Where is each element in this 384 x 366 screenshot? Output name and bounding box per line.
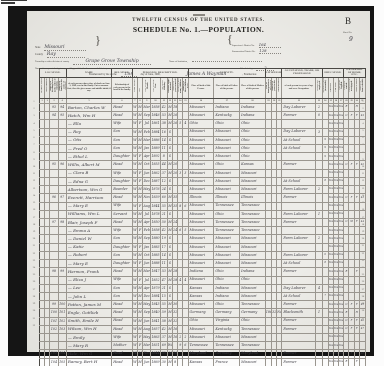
cell-farm_schedule_no: 48 [359,350,365,358]
cell-age: 15 [160,292,167,300]
cell-name: — Fred O [66,145,111,153]
cell-pob_father: Indiana [214,284,240,292]
line-number: 23 [30,257,38,264]
cell-occupation: Farm Laborer [282,235,316,243]
cell-birth_year: 1878 [151,210,160,218]
cell-pob_father: Illinois [214,194,240,202]
sub-header-label: Date of birth: Year. [153,78,157,93]
cell-pob_person: Missouri [188,177,214,185]
cell-birth_year: 1886 [151,136,160,144]
cell-pob_mother: Maryland [240,350,266,358]
cell-family [58,120,66,128]
cell-pob_father: Indiana [214,103,240,111]
cell-pob_person: Germany [188,309,214,317]
cell-pob_person: Missouri [188,128,214,136]
cell-occupation: Farmer [282,350,316,358]
cell-relation: Head [112,112,133,120]
line-number: 19 [30,228,38,235]
sub-header-label: Number of dwelling house in the order of… [50,78,58,93]
cell-relation: Son [112,145,133,153]
sub-header-label: House number. [46,78,48,92]
cell-age: 53 [160,268,167,276]
cell-farm_schedule_no [359,334,365,342]
cell-occupation [282,153,316,161]
cell-dwelling: 101 [50,317,58,325]
cell-pob_person: Missouri [188,145,214,153]
cell-pob_person: Illinois [188,194,214,202]
cell-birth_year: 1831 [151,342,160,350]
cell-birth_month: May [143,301,151,309]
sub-header-cell: Attended school (in months). [322,77,328,98]
cell-occupation: Farm Laborer [282,251,316,259]
cell-pob_person: Missouri [188,202,214,210]
cell-occupation [282,202,316,210]
sheet-label: Sheet No. [343,32,352,35]
cell-birth_month: Jul [143,276,151,284]
cell-family [58,186,66,194]
cell-birth_year: 1892 [151,153,160,161]
cell-pob_father: Tennessee [214,342,240,350]
cell-occupation [282,227,316,235]
cell-birth_year: 1879 [151,284,160,292]
cell-dwelling [50,136,58,144]
cell-family [58,334,66,342]
cell-birth_year: 1839 [151,194,160,202]
line-number: 32 [30,322,38,329]
cell-birth_year: 1847 [151,268,160,276]
cell-occupation [282,342,316,350]
cell-name: Ramey, Bert H [66,358,111,366]
column-group-label: RELATION. [112,69,133,78]
cell-pob_mother: Tennessee [240,202,266,210]
cell-family: 101 [58,309,66,317]
sub-header-cell: Age at last birthday. [160,77,167,98]
cell-relation: Son [112,136,133,144]
cell-age: 37 [160,169,167,177]
line-number: 28 [30,293,38,300]
sub-header-label: Number of family in the order of visitat… [59,78,67,93]
cell-pob_person: Missouri [188,260,214,268]
cell-birth_year: 1845 [151,301,160,309]
cell-age: 44 [160,161,167,169]
column-group-label: LOCATION. [40,69,67,78]
cell-dwelling: 103 [50,350,58,358]
cell-birth_year: 1857 [151,325,160,333]
sub-header-cell: Relationship of each person to the head … [112,77,133,98]
table-row: — Mary RMotherWFMar183169Wd96TennesseeTe… [40,342,366,350]
cell-relation: Daughter [112,243,133,251]
cell-dwelling: 99 [50,301,58,309]
sub-header-cell: Can speak English. [339,77,344,98]
cell-birth_year: 1850 [151,218,160,226]
sub-header-label: Sex. [139,88,141,92]
cell-farm_schedule_no: 46 [359,317,365,325]
cell-occupation: At School [282,292,316,300]
cell-dwelling [50,169,58,177]
cell-birth_year: 1846 [151,112,160,120]
cell-dwelling [50,342,58,350]
cell-pob_father: Missouri [214,128,240,136]
sub-header-cell: Date of birth: Month. [143,77,151,98]
cell-occupation: At School [282,136,316,144]
cell-dwelling [50,186,58,194]
cell-pob_person: Missouri [188,161,214,169]
line-number: 1 [30,98,38,105]
cell-name: Hale, Wm G [66,350,111,358]
line-number: 30 [30,307,38,314]
table-row: 9394Barton, Charles WHeadWMMar185842M18M… [40,103,366,111]
sub-header-label: Owned free or mortgaged. [349,78,353,93]
cell-relation: Head [112,194,133,202]
census-title: TWELFTH CENSUS OF THE UNITED STATES. [27,18,370,23]
line-number: 6 [30,134,38,141]
cell-relation: Son [112,284,133,292]
cell-name: — Lee [66,284,111,292]
cell-birth_year: 1884 [151,292,160,300]
sub-header-cell: Whether single, married, widowed, or div… [167,77,172,98]
cell-farm_schedule_no: 42 [359,161,365,169]
cell-occupation: Day Laborer [282,103,316,111]
cell-pob_father: Germany [214,309,240,317]
table-row: — OtisSonWMMar188614SMissouriMissouriOhi… [40,136,366,144]
cell-name: — Mary R [66,342,111,350]
cell-age: 38 [160,120,167,128]
cell-family: 96 [58,161,66,169]
cell-family: 100 [58,301,66,309]
cell-relation: Wife [112,334,133,342]
cell-pob_mother: Tennessee [240,325,266,333]
cell-birth_month: Dec [143,292,151,300]
column-group-label: OWNERSHIP OF HOME, ETC. [344,69,366,78]
cell-family: 95 [58,112,66,120]
cell-age: 16 [160,128,167,136]
table-row: — KatieDaughterWFJan188317SMissouriMisso… [40,243,366,251]
cell-dwelling [50,145,58,153]
cell-pob_person: Ohio [188,317,214,325]
cell-relation: Head [112,268,133,276]
cell-pob_mother: Missouri [240,177,266,185]
line-number: 7 [30,141,38,148]
table-row: — Emma AWifeWFFeb185842M2465MissouriTenn… [40,227,366,235]
cell-occupation: Farm Laborer [282,186,316,194]
sub-header-label: Place of birth of Father of this person. [214,85,239,91]
cell-pob_father: Missouri [214,235,240,243]
cell-name: — Mary E [66,260,111,268]
cell-age: 14 [160,251,167,259]
cell-pob_father: Virginia [214,317,240,325]
cell-farm_schedule_no: 45 [359,301,365,309]
cell-pob_mother: Illinois [240,194,266,202]
cell-farm_schedule_no [359,136,365,144]
cell-pob_person: Missouri [188,103,214,111]
cell-farm_schedule_no [359,292,365,300]
cell-birth_year: 1888 [151,260,160,268]
cell-pob_mother: Missouri [240,169,266,177]
cell-age: 69 [160,342,167,350]
cell-farm_schedule_no [359,358,365,366]
cell-pob_mother: Indiana [240,103,266,111]
cell-farm_schedule_no [359,169,365,177]
cell-age: 58 [160,317,167,325]
cell-relation: Head [112,218,133,226]
cell-name: Smith, Emile H [66,317,111,325]
cell-pob_father: Ohio [214,120,240,128]
cell-family [58,284,66,292]
table-row: 9899Harmon, FrankHeadWMMar184753M28India… [40,268,366,276]
cell-birth_year: 1876 [151,186,160,194]
line-number: 21 [30,242,38,249]
cell-name: — Katie [66,243,111,251]
cell-birth_month: Jul [143,120,151,128]
cell-dwelling [50,251,58,259]
cell-relation: Head [112,309,133,317]
cell-birth_month: Apr [143,284,151,292]
sub-header-label: Relationship of each person to the head … [112,84,132,93]
sub-header-label: Place of birth of Mother of this person. [240,85,265,91]
cell-family [58,227,66,235]
sub-header-label: In cities: Street. [41,78,43,93]
sub-header-cell: Date of birth: Year. [151,77,160,98]
cell-birth_month: Apr [143,153,151,161]
table-row: — Eliza JWifeWFJul185247M2844MissouriOhi… [40,276,366,284]
cell-family [58,260,66,268]
sub-header-label: Attended school (in months). [323,78,327,93]
cell-birth_month: Mar [143,268,151,276]
cell-farm_schedule_no [359,153,365,161]
cell-occupation: Farmer [282,358,316,366]
table-row: 103104Hale, Wm GHeadWMNov184455M29Maryla… [40,350,366,358]
sub-header-cell: Number of years in the United States. [272,77,277,98]
cell-birth_month: Jun [143,260,151,268]
cell-birth_year: 1863 [151,334,160,342]
cell-farm_schedule_no [359,276,365,284]
cell-pob_father: Ohio [214,268,240,276]
table-row: — LeeSonWMApr187921SKansasIndianaMissour… [40,284,366,292]
cell-age: 8 [160,153,167,161]
cell-pob_father: France [214,358,240,366]
cell-name: — Emma A [66,227,111,235]
district-brace: } [227,32,233,47]
cell-birth_month: Nov [143,350,151,358]
cell-name: Engle, Gottlieb [66,309,111,317]
cell-pob_father: Ohio [214,301,240,309]
cell-occupation: Farmer [282,325,316,333]
cell-family: 99 [58,268,66,276]
cell-pob_mother: Indiana [240,112,266,120]
cell-birth_month: Oct [143,161,151,169]
cell-name: Barton, Charles W [66,103,111,111]
sub-header-label: Can read. [330,83,332,92]
sub-header-label: Age at last birthday. [162,78,166,93]
sub-header-cell: Year of immigration to the United States… [265,77,271,98]
cell-pob_person: Missouri [188,186,214,194]
cell-family: 102 [58,317,66,325]
sub-header-label: Number of these children living. [183,78,188,93]
cell-family [58,210,66,218]
cell-farm_schedule_no [359,268,365,276]
sub-header-label: Can write. [335,82,337,92]
cell-name: Blair, Joseph F [66,218,111,226]
sub-header-label: Color or race. [134,79,136,92]
cell-age: 42 [160,227,167,235]
table-row: 101102Smith, Emile HHeadWMJun184158M32Oh… [40,317,366,325]
sub-header-cell: Owned free or mortgaged. [349,77,354,98]
cell-birth_year: 1880 [151,235,160,243]
cell-occupation [282,120,316,128]
cell-name: Williams, Wm L [66,210,111,218]
sub-header-label: Year of immigration to the United States… [266,78,272,93]
sub-header-label: of each person whose place of abode on J… [67,82,111,93]
cell-pob_mother: Tennessee [240,301,266,309]
line-number: 12 [30,177,38,184]
cell-farm_schedule_no: 47 [359,325,365,333]
sub-header-label: Number of farm schedule. [360,78,364,93]
cell-pob_mother: Ohio [240,276,266,284]
column-group-label: EDUCATION. [322,69,344,78]
cell-relation: Daughter [112,153,133,161]
cell-pob_person: Missouri [188,243,214,251]
cell-family [58,128,66,136]
cell-pob_person: Kansas [188,292,214,300]
line-number: 10 [30,163,38,170]
cell-relation: Wife [112,120,133,128]
cell-dwelling [50,235,58,243]
cell-farm_schedule_no [359,235,365,243]
cell-name: — Roy [66,128,111,136]
cell-dwelling: 93 [50,103,58,111]
line-number: 8 [30,149,38,156]
sub-header-cell: Number of family in the order of visitat… [58,77,66,98]
line-number: 18 [30,221,38,228]
cell-pob_mother: Missouri [240,186,266,194]
cell-family: 104 [58,350,66,358]
sub-header-cell: Mother of how many children. [178,77,183,98]
cell-age: 37 [160,334,167,342]
line-number: 4 [30,120,38,127]
sub-header-label: of each person ten years of age and over… [282,85,315,91]
cell-dwelling [50,227,58,235]
left-line-numbers: 1234567891011121314151617181920212223242… [30,98,38,329]
cell-family [58,169,66,177]
cell-farm_schedule_no [359,103,365,111]
census-table: LOCATION.NAMERELATION.PERSONAL DESCRIPTI… [39,68,366,366]
line-number: 9 [30,156,38,163]
table-row: 9697Everett, HarrisonHeadWMNov183960M35I… [40,194,366,202]
sub-header-label: Date of birth: Month. [145,78,149,93]
cell-birth_month: Mar [143,342,151,350]
cell-pob_person: Kansas [188,358,214,366]
cell-birth_month: Mar [143,103,151,111]
cell-name: Hatch, Wm H [66,112,111,120]
cell-relation: Son [112,128,133,136]
cell-occupation: Farmer [282,112,316,120]
line-number: 5 [30,127,38,134]
sub-header-cell: of each person whose place of abode on J… [66,77,111,98]
cell-birth_year: 1889 [151,145,160,153]
table-row: Albertson, Wm GBoarderWMMay187624SMissou… [40,186,366,194]
cell-birth_year: 1858 [151,103,160,111]
cell-pob_father: Ohio [214,276,240,284]
cell-farm_schedule_no [359,177,365,185]
cell-name: — Ethel L [66,153,111,161]
cell-birth_month: Mar [143,136,151,144]
cell-pob_father: Kentucky [214,112,240,120]
cell-dwelling [50,260,58,268]
cell-family: 97 [58,194,66,202]
sub-header-label: Mother of how many children. [178,78,182,93]
cell-name: — Robert [66,251,111,259]
cell-dwelling: 100 [50,309,58,317]
cell-age: 47 [160,276,167,284]
cell-age: 12 [160,177,167,185]
cell-farm_schedule_no [359,128,365,136]
cell-name: Willis, Albert M [66,161,111,169]
cell-family [58,276,66,284]
form-number-mark [193,14,205,16]
cell-age: 42 [160,103,167,111]
cell-pob_mother: Ohio [240,120,266,128]
line-number: 22 [30,250,38,257]
cell-pob_mother: Missouri [240,235,266,243]
table-row: — EllaWifeWFJul186138M2654OhioOhioOhioYe… [40,120,366,128]
cell-dwelling [50,177,58,185]
table-row: — EmilyWifeWFMay186337M1622MissouriMisso… [40,334,366,342]
line-number: 24 [30,264,38,271]
cell-pob_father: Indiana [214,292,240,300]
cell-relation: Mother [112,342,133,350]
cell-pob_mother: Missouri [240,284,266,292]
cell-occupation: At School [282,177,316,185]
cell-birth_year: 1841 [151,317,160,325]
cell-occupation: Farm Laborer [282,210,316,218]
cell-family [58,145,66,153]
cell-pob_father: Missouri [214,177,240,185]
cell-family: 98 [58,218,66,226]
cell-relation: Boarder [112,186,133,194]
line-number: 15 [30,199,38,206]
cell-relation: Wife [112,202,133,210]
cell-pob_person: Missouri [188,112,214,120]
sub-header-cell: Number of farm schedule. [359,77,365,98]
cell-farm_schedule_no: 44 [359,218,365,226]
scanned-census-page: { "page": { "corner_letter": "B", "censu… [0,0,384,366]
cell-occupation: At School [282,145,316,153]
cell-occupation [282,169,316,177]
cell-pob_mother: Tennessee [240,342,266,350]
cell-age: 60 [160,194,167,202]
table-row: 99100Patton, James MHeadWMMay184555M30Mi… [40,301,366,309]
cell-pob_person: Missouri [188,218,214,226]
cell-family [58,243,66,251]
cell-pob_person: Maryland [188,350,214,358]
cell-family: 105 [58,358,66,366]
sub-header-cell: Owned or rented. [344,77,349,98]
cell-pob_mother: Indiana [240,268,266,276]
cell-birth_month: Feb [143,227,151,235]
cell-relation: Son [112,292,133,300]
census-table-body: 9394Barton, Charles WHeadWMMar185842M18M… [40,103,366,366]
table-row: — RoySonWMFeb188416SMissouriMissouriOhio… [40,128,366,136]
cell-birth_month: May [143,334,151,342]
cell-occupation: Blacksmith [282,309,316,317]
cell-name: — Edna G [66,177,111,185]
cell-relation: Head [112,317,133,325]
cell-age: 21 [160,210,167,218]
cell-pob_mother: Ohio [240,317,266,325]
cell-dwelling: 96 [50,194,58,202]
cell-relation: Head [112,325,133,333]
cell-birth_month: Jun [143,169,151,177]
